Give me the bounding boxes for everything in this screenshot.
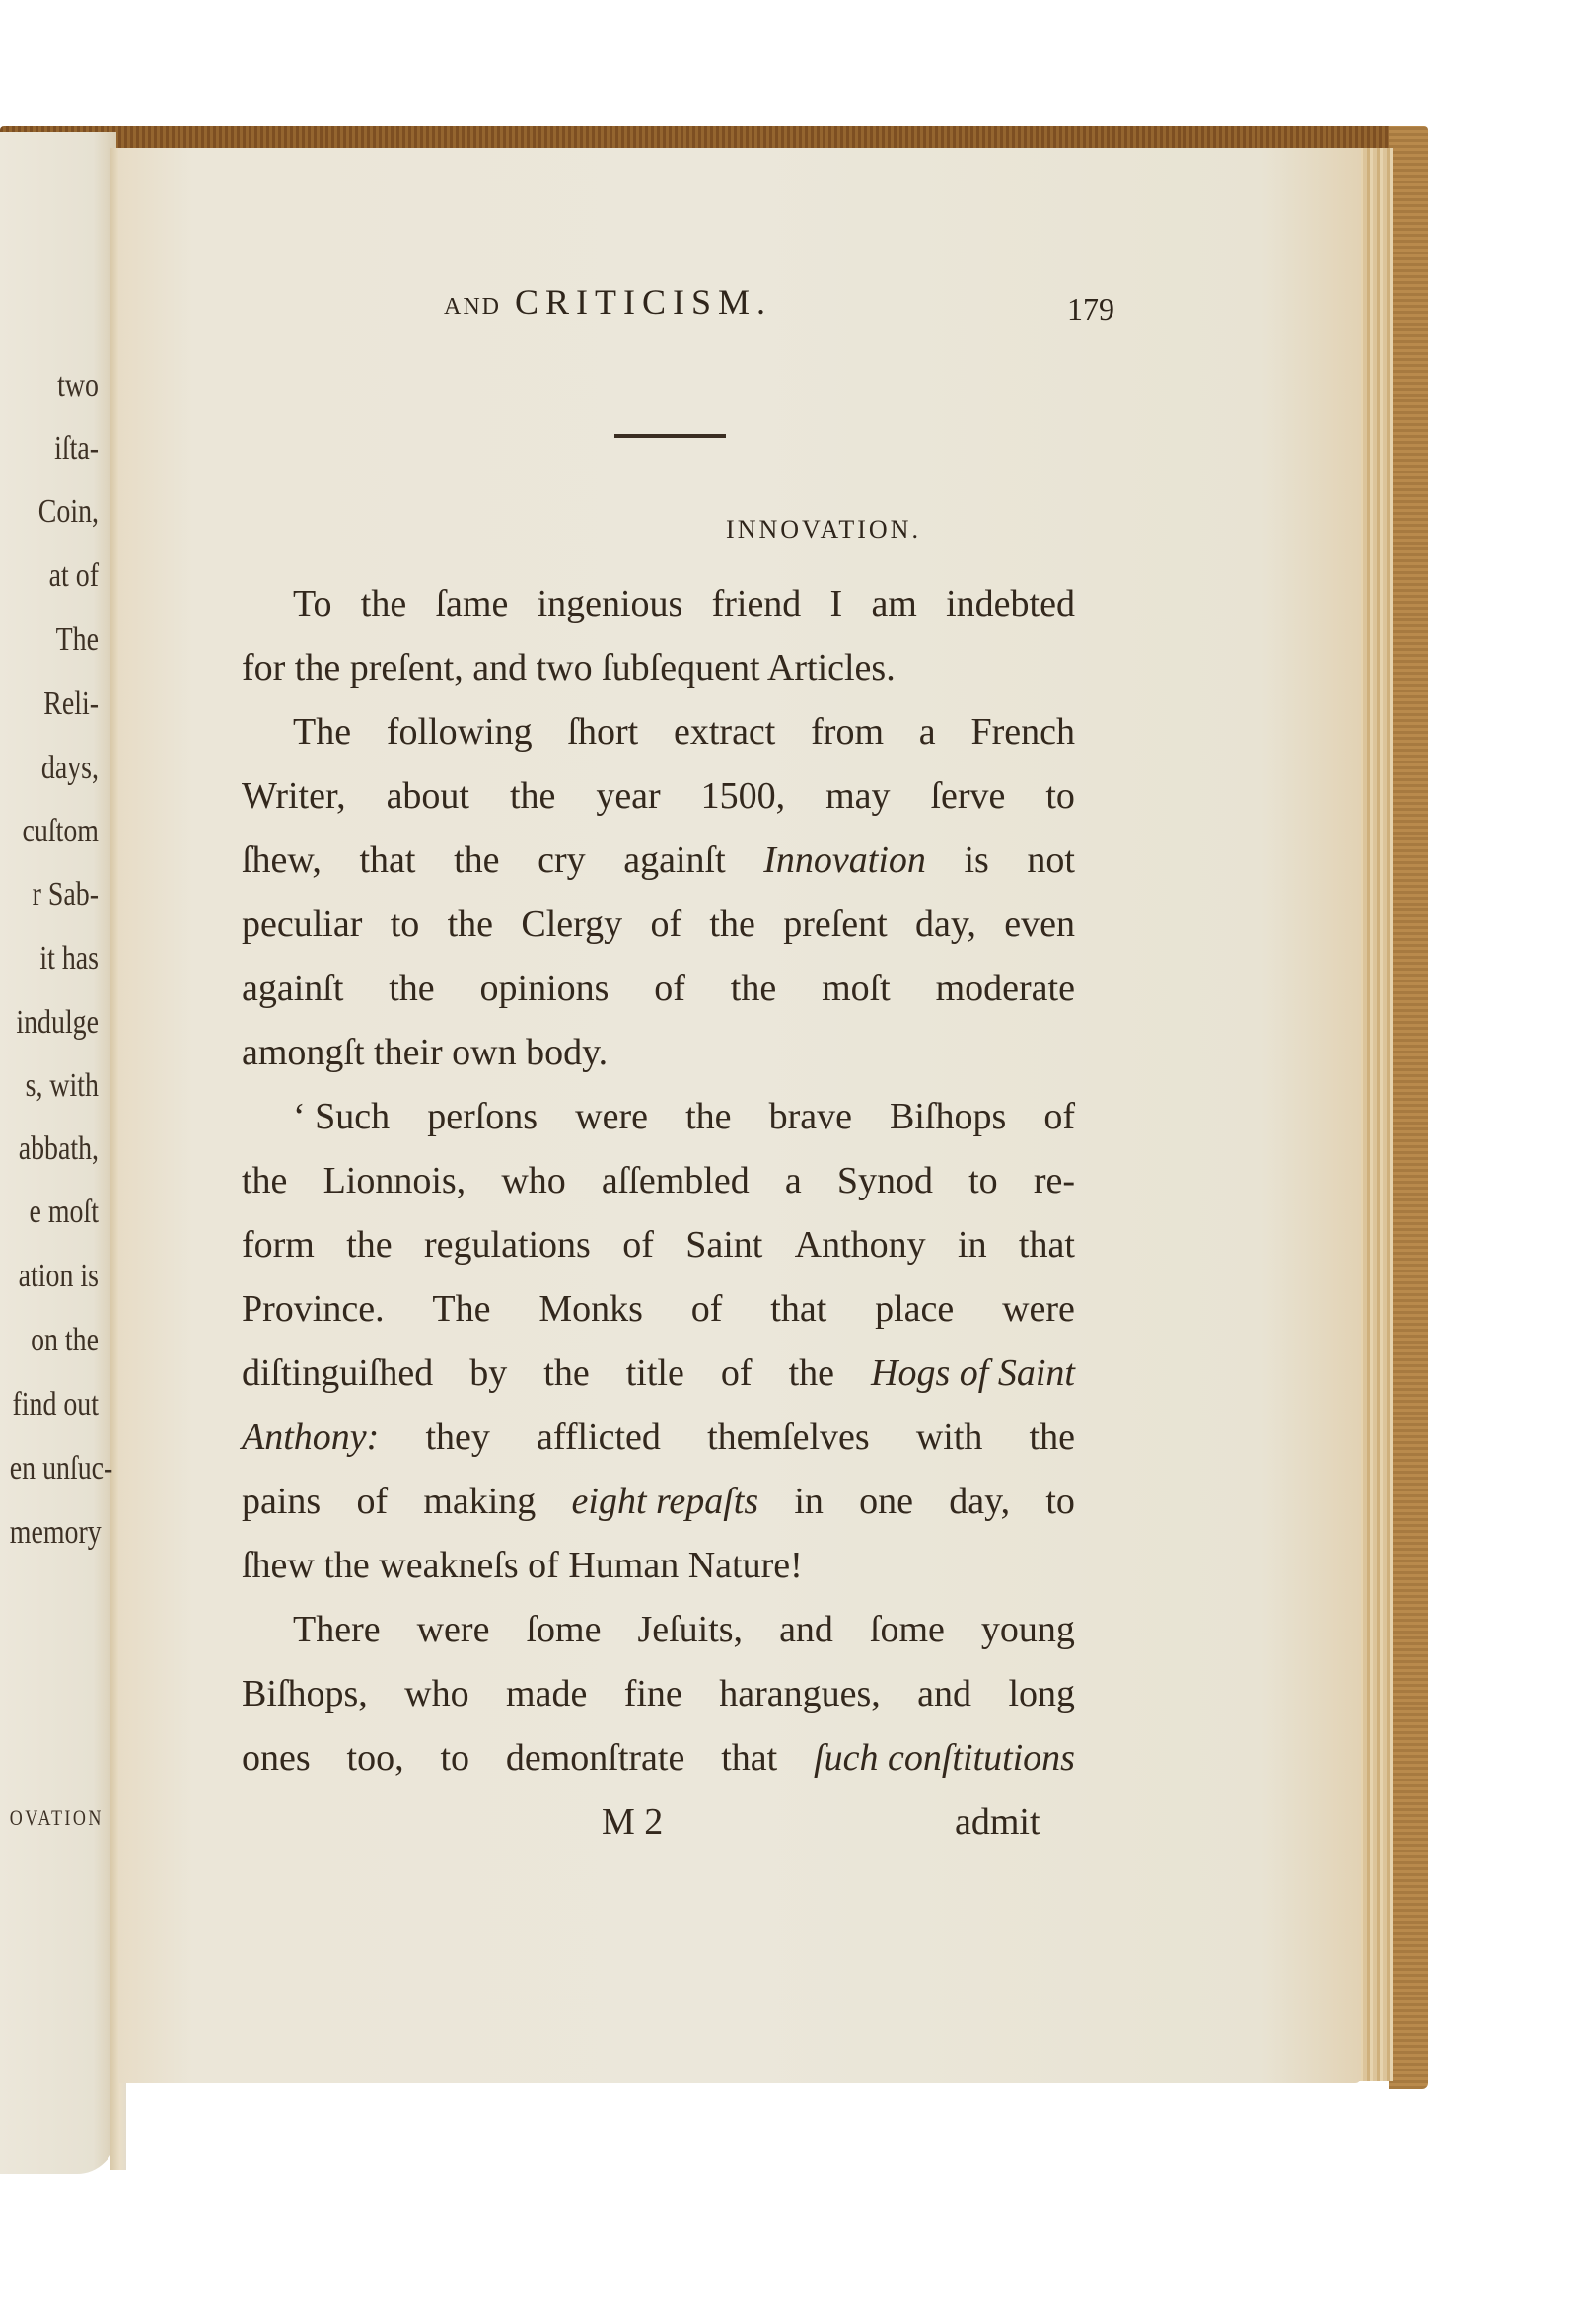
word: aſſembled [602, 1149, 750, 1213]
word: demonſtrate [506, 1726, 684, 1790]
word: not [1027, 829, 1075, 893]
text-line: ThefollowingſhortextractfromaFrench [242, 700, 1075, 764]
word: following [387, 700, 533, 764]
word: ſerve [930, 764, 1005, 829]
left-page-fragment: indulge [10, 1004, 99, 1042]
word: opinions [480, 957, 610, 1021]
text-line: formtheregulationsofSaintAnthonyinthat [242, 1213, 1075, 1277]
left-page-fragment: it has [10, 940, 99, 978]
word: perſons [427, 1085, 538, 1149]
word: Anthony [795, 1213, 926, 1277]
word: am [871, 572, 916, 636]
word: making [423, 1470, 536, 1534]
word: day, [915, 893, 976, 957]
left-page-fragment: iſta- [10, 430, 99, 468]
word: the [346, 1213, 392, 1277]
word: ſhew, [242, 829, 322, 893]
word: may [825, 764, 890, 829]
word: of [1043, 1085, 1075, 1149]
word: of [721, 1342, 753, 1406]
word: ones [242, 1726, 311, 1790]
word: Province. [242, 1277, 385, 1342]
word: form [242, 1213, 315, 1277]
section-rule [614, 434, 726, 438]
word: peculiar [242, 893, 362, 957]
word: ingenious [538, 572, 683, 636]
word: ſhew the weakneſs of Human Nature! [242, 1534, 803, 1598]
text-line: for the preſent, and two ſubſequent Arti… [242, 636, 1075, 700]
word: preſent [783, 893, 888, 957]
left-page-fragment: r Sab- [10, 876, 99, 913]
word: the [1030, 1406, 1075, 1470]
word: There [293, 1598, 381, 1662]
word: who [501, 1149, 565, 1213]
word: Monks [538, 1277, 643, 1342]
text-line: Writer,abouttheyear1500,mayſerveto [242, 764, 1075, 829]
word: Innovation [763, 829, 926, 893]
left-page-fragment: two [10, 367, 99, 404]
word: even [1004, 893, 1075, 957]
word: by [469, 1342, 507, 1406]
word: too, [347, 1726, 404, 1790]
word: harangues, [719, 1662, 881, 1726]
left-page-fragment: e moſt [10, 1194, 99, 1231]
word: Saint [685, 1213, 762, 1277]
running-head-title: CRITICISM. [515, 282, 772, 322]
word: that [770, 1277, 826, 1342]
left-page-fragment: The [10, 621, 99, 659]
word: the [389, 957, 434, 1021]
left-page-fragment: OVATION [10, 1805, 99, 1831]
left-page-fragment: on the [10, 1322, 99, 1359]
word: themſelves [707, 1406, 870, 1470]
running-head: ANDCRITICISM. [444, 281, 772, 323]
text-line: diſtinguiſhedbythetitleoftheHogs of Sain… [242, 1342, 1075, 1406]
word: place [875, 1277, 954, 1342]
word: the [709, 893, 754, 957]
word: the [454, 829, 499, 893]
word: about [387, 764, 469, 829]
word: day, [949, 1470, 1010, 1534]
word: againſt [242, 957, 343, 1021]
word: of [654, 957, 685, 1021]
left-page-fragment: s, with [10, 1067, 99, 1105]
page-number: 179 [1067, 291, 1114, 327]
word: young [981, 1598, 1075, 1662]
word: cry [538, 829, 586, 893]
text-line: Anthony:theyafflictedthemſelveswiththe [242, 1406, 1075, 1470]
word: To [293, 572, 332, 636]
word: againſt [623, 829, 725, 893]
word: ſome [526, 1598, 601, 1662]
word: Lionnois, [323, 1149, 466, 1213]
text-line: Biſhops,whomadefineharangues,andlong [242, 1662, 1075, 1726]
word: the [448, 893, 493, 957]
word: in [794, 1470, 824, 1534]
left-page-fragment: find out [10, 1386, 99, 1423]
word: regulations [424, 1213, 591, 1277]
word: for the preſent, and two ſubſequent Arti… [242, 636, 896, 700]
text-line: ſhew,thatthecryagainſtInnovationisnot [242, 829, 1075, 893]
word: fine [624, 1662, 682, 1726]
word: Biſhops [890, 1085, 1006, 1149]
word: I [830, 572, 843, 636]
word: they [425, 1406, 489, 1470]
left-page-fragment: ation is [10, 1258, 99, 1295]
word: with [916, 1406, 983, 1470]
word: title [626, 1342, 684, 1406]
word: brave [769, 1085, 852, 1149]
word: were [417, 1598, 490, 1662]
word: ‘ Such [293, 1085, 390, 1149]
word: Jeſuits, [637, 1598, 743, 1662]
word: to [391, 893, 420, 957]
left-page-fragment: abbath, [10, 1130, 99, 1168]
word: that [360, 829, 416, 893]
word: moſt [822, 957, 891, 1021]
word: 1500, [701, 764, 786, 829]
word: of [691, 1277, 723, 1342]
word: of [356, 1470, 388, 1534]
left-page-fragment: cuſtom [10, 813, 99, 850]
word: the [242, 1149, 287, 1213]
word: moderate [936, 957, 1075, 1021]
word: eight repaſts [572, 1470, 759, 1534]
word: that [1019, 1213, 1075, 1277]
word: from [811, 700, 884, 764]
word: Writer, [242, 764, 346, 829]
word: ſuch conſtitutions [814, 1726, 1075, 1790]
text-line: Province.TheMonksofthatplacewere [242, 1277, 1075, 1342]
word: Clergy [521, 893, 622, 957]
word: to [1045, 1470, 1075, 1534]
word: in [958, 1213, 987, 1277]
word: Hogs of Saint [871, 1342, 1075, 1406]
catchword: admit [955, 1800, 1040, 1844]
word: extract [674, 700, 775, 764]
word: indebted [946, 572, 1075, 636]
left-page-fragment: memory [10, 1514, 99, 1552]
word: the [685, 1085, 731, 1149]
text-line: againſttheopinionsofthemoſtmoderate [242, 957, 1075, 1021]
section-title: INNOVATION. [0, 515, 1578, 545]
running-head-and: AND [444, 294, 501, 320]
word: the [731, 957, 776, 1021]
left-page-fragment: days, [10, 750, 99, 787]
word: and [779, 1598, 833, 1662]
word: were [1002, 1277, 1075, 1342]
text-line: ſhew the weakneſs of Human Nature! [242, 1534, 1075, 1598]
word: The [293, 700, 351, 764]
word: the [510, 764, 555, 829]
word: ſame [435, 572, 508, 636]
word: to [440, 1726, 469, 1790]
word: a [785, 1149, 802, 1213]
text-line: ‘ SuchperſonswerethebraveBiſhopsof [242, 1085, 1075, 1149]
signature-mark: M 2 [602, 1800, 663, 1844]
word: the [789, 1342, 834, 1406]
word: to [1045, 764, 1075, 829]
word: pains [242, 1470, 321, 1534]
word: and [917, 1662, 971, 1726]
word: that [721, 1726, 777, 1790]
word: who [404, 1662, 468, 1726]
word: to [968, 1149, 998, 1213]
left-page-fragment: en unſuc- [10, 1450, 99, 1488]
word: amongſt their own body. [242, 1021, 608, 1085]
text-line: peculiartotheClergyofthepreſentday,even [242, 893, 1075, 957]
word: year [596, 764, 660, 829]
word: Anthony: [242, 1406, 379, 1470]
word: French [970, 700, 1075, 764]
word: were [575, 1085, 648, 1149]
open-book: twoiſta-Coin,at ofTheReli-days,cuſtomr S… [0, 0, 1578, 2324]
text-line: painsofmakingeight repaſtsinoneday,to [242, 1470, 1075, 1534]
text-line: TotheſameingeniousfriendIamindebted [242, 572, 1075, 636]
word: long [1008, 1662, 1075, 1726]
word: made [506, 1662, 587, 1726]
word: of [622, 1213, 654, 1277]
word: The [432, 1277, 490, 1342]
text-line: onestoo,todemonſtratethatſuch conſtituti… [242, 1726, 1075, 1790]
word: afflicted [537, 1406, 661, 1470]
word: one [859, 1470, 913, 1534]
back-cover-edge [1389, 126, 1428, 2089]
left-page-fragment: Reli- [10, 686, 99, 723]
word: re- [1034, 1149, 1075, 1213]
word: the [361, 572, 406, 636]
text-line: TherewereſomeJeſuits,andſomeyoung [242, 1598, 1075, 1662]
word: Biſhops, [242, 1662, 368, 1726]
word: friend [712, 572, 802, 636]
word: the [543, 1342, 589, 1406]
body-text: TotheſameingeniousfriendIamindebtedfor t… [242, 572, 1075, 1790]
text-line: amongſt their own body. [242, 1021, 1075, 1085]
word: ſome [870, 1598, 945, 1662]
word: of [650, 893, 681, 957]
word: is [964, 829, 988, 893]
word: ſhort [567, 700, 638, 764]
left-page-fragment: at of [10, 557, 99, 595]
word: a [919, 700, 936, 764]
word: diſtinguiſhed [242, 1342, 433, 1406]
word: Synod [837, 1149, 933, 1213]
text-line: theLionnois,whoaſſembledaSynodtore- [242, 1149, 1075, 1213]
